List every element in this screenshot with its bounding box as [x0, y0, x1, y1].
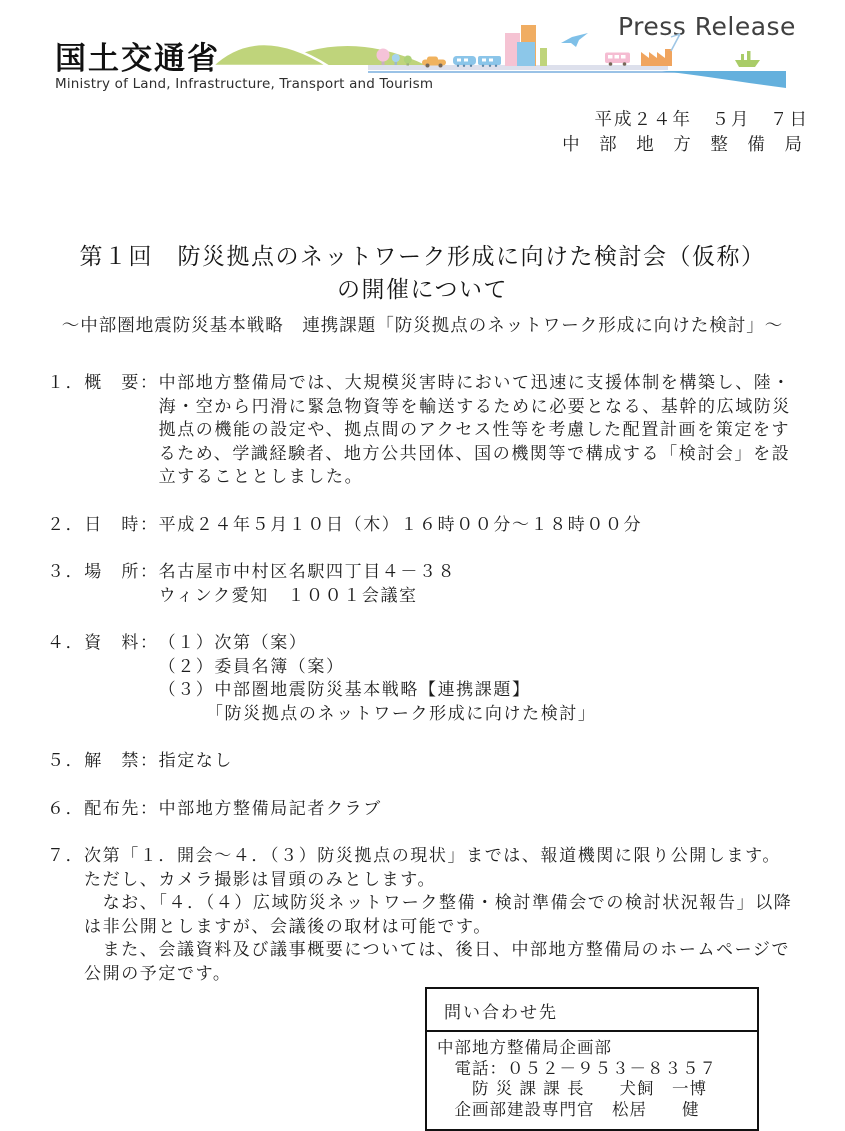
section-place: ３．場 所： 名古屋市中村区名駅四丁目４－３８ ウィンク愛知 １００１会議室	[47, 561, 817, 608]
text-line: （３）中部圏地震防災基本戦略【連携課題】	[159, 679, 817, 703]
section-overview-label: １．概 要：	[47, 372, 159, 490]
contact-box-header: 問い合わせ先	[427, 989, 757, 1032]
text-line: （１）次第（案）	[159, 632, 817, 656]
section-distribution-content: 中部地方整備局記者クラブ	[159, 798, 817, 822]
section-place-content: 名古屋市中村区名駅四丁目４－３８ ウィンク愛知 １００１会議室	[159, 561, 817, 608]
bus-icon	[605, 53, 630, 66]
date-block: 平成２４年 ５月 ７日 中 部 地 方 整 備 局	[562, 108, 809, 158]
text-line: るため、学識経験者、地方公共団体、国の機関等で構成する「検討会」を設	[159, 443, 817, 467]
section-overview: １．概 要： 中部地方整備局では、大規模災害時において迅速に支援体制を構築し、陸…	[47, 372, 817, 490]
title-block: 第１回 防災拠点のネットワーク形成に向けた検討会（仮称） の開催について ～中部…	[0, 241, 845, 337]
release-date: 平成２４年 ５月 ７日	[562, 108, 809, 133]
contact-department: 中部地方整備局企画部	[437, 1038, 751, 1059]
text-line: 中部地方整備局では、大規模災害時において迅速に支援体制を構築し、陸・	[159, 372, 817, 396]
page-title-line1: 第１回 防災拠点のネットワーク形成に向けた検討会（仮称）	[0, 241, 845, 274]
text-line: また、会議資料及び議事概要については、後日、中部地方整備局のホームページで	[84, 939, 817, 963]
contact-person-1: 防 災 課 課 長 犬飼 一博	[437, 1079, 751, 1100]
contact-phone: 電話：０５２－９５３－８３５７	[437, 1059, 751, 1080]
section-disclosure-content: 次第「１．開会～４．（３）防災拠点の現状」までは、報道機関に限り公開します。 た…	[84, 845, 817, 986]
section-embargo-label: ５．解 禁：	[47, 750, 159, 774]
text-line: 中部地方整備局記者クラブ	[159, 798, 817, 822]
section-overview-content: 中部地方整備局では、大規模災害時において迅速に支援体制を構築し、陸・ 海・空から…	[159, 372, 817, 490]
text-line: 「防災拠点のネットワーク形成に向けた検討」	[159, 703, 817, 727]
ground-line-graphic	[368, 65, 786, 72]
text-line: 公開の予定です。	[84, 963, 817, 987]
text-line: ただし、カメラ撮影は冒頭のみとします。	[84, 869, 817, 893]
section-datetime-content: 平成２４年５月１０日（木）１６時００分～１８時００分	[159, 514, 817, 538]
text-line: 拠点の機能の設定や、拠点間のアクセス性等を考慮した配置計画を策定をす	[159, 419, 817, 443]
ship-icon	[735, 51, 760, 67]
section-place-label: ３．場 所：	[47, 561, 159, 608]
body-area: １．概 要： 中部地方整備局では、大規模災害時において迅速に支援体制を構築し、陸…	[47, 372, 817, 1010]
section-materials-content: （１）次第（案） （２）委員名簿（案） （３）中部圏地震防災基本戦略【連携課題】…	[159, 632, 817, 726]
text-line: 立することとしました。	[159, 466, 817, 490]
section-materials: ４．資 料： （１）次第（案） （２）委員名簿（案） （３）中部圏地震防災基本戦…	[47, 632, 817, 726]
factory-icon	[641, 34, 680, 66]
mlit-logo-text: 国土交通省	[55, 33, 220, 78]
text-line: は非公開としますが、会議後の取材は可能です。	[84, 916, 817, 940]
section-embargo: ５．解 禁： 指定なし	[47, 750, 817, 774]
contact-person-2: 企画部建設専門官 松居 健	[437, 1100, 751, 1121]
page-subtitle: ～中部圏地震防災基本戦略 連携課題「防災拠点のネットワーク形成に向けた検討」～	[0, 312, 845, 337]
page-title-line2: の開催について	[0, 274, 845, 307]
section-distribution-label: ６．配布先：	[47, 798, 159, 822]
issuing-office: 中 部 地 方 整 備 局	[562, 133, 809, 158]
buildings-graphic	[505, 25, 547, 66]
text-line: 平成２４年５月１０日（木）１６時００分～１８時００分	[159, 514, 817, 538]
text-line: ウィンク愛知 １００１会議室	[159, 585, 817, 609]
header-illustration	[200, 10, 790, 92]
text-line: なお、「４．（４）広域防災ネットワーク整備・検討準備会での検討状況報告」以降	[84, 892, 817, 916]
airplane-icon	[561, 33, 588, 47]
text-line: 次第「１．開会～４．（３）防災拠点の現状」までは、報道機関に限り公開します。	[84, 845, 817, 869]
section-materials-label: ４．資 料：	[47, 632, 159, 726]
text-line: 海・空から円滑に緊急物資等を輸送するために必要となる、基幹的広域防災	[159, 396, 817, 420]
section-distribution: ６．配布先： 中部地方整備局記者クラブ	[47, 798, 817, 822]
section-embargo-content: 指定なし	[159, 750, 817, 774]
text-line: 指定なし	[159, 750, 817, 774]
section-disclosure: ７． 次第「１．開会～４．（３）防災拠点の現状」までは、報道機関に限り公開します…	[47, 845, 817, 986]
contact-box-body: 中部地方整備局企画部 電話：０５２－９５３－８３５７ 防 災 課 課 長 犬飼 …	[427, 1032, 757, 1129]
text-line: （２）委員名簿（案）	[159, 656, 817, 680]
press-release-page: 国土交通省 Ministry of Land, Infrastructure, …	[0, 0, 845, 1131]
section-disclosure-label: ７．	[47, 845, 84, 986]
text-line: 名古屋市中村区名駅四丁目４－３８	[159, 561, 817, 585]
water-graphic	[662, 71, 786, 88]
section-datetime-label: ２．日 時：	[47, 514, 159, 538]
section-datetime: ２．日 時： 平成２４年５月１０日（木）１６時００分～１８時００分	[47, 514, 817, 538]
contact-box: 問い合わせ先 中部地方整備局企画部 電話：０５２－９５３－８３５７ 防 災 課 …	[425, 987, 759, 1131]
